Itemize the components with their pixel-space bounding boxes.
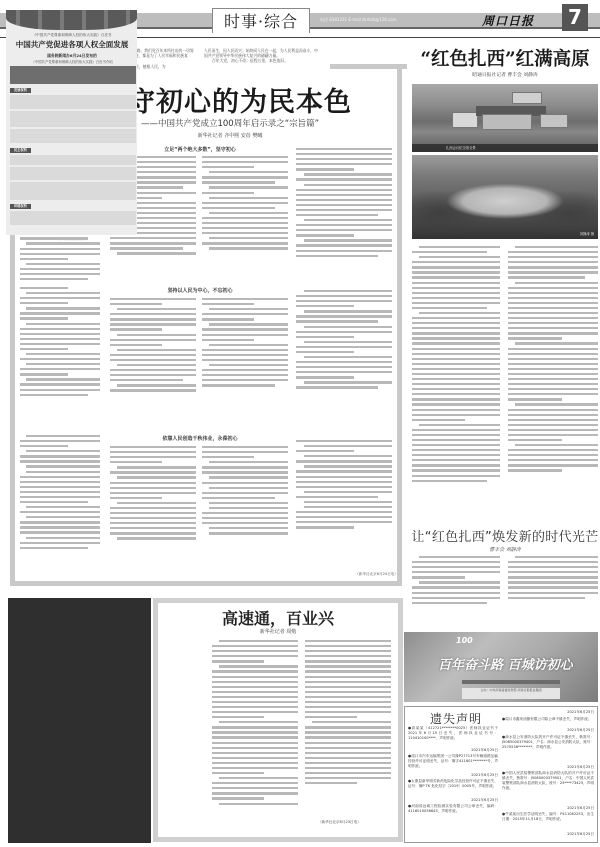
article-body-column bbox=[212, 640, 298, 808]
article-body-column bbox=[305, 640, 391, 787]
notice-item: ●中国人民武装警察部队商水县消防大队的开户许可证不慎丢失，核准号：J508500… bbox=[502, 771, 594, 791]
subhead-3: 依靠人民创造千秋伟业，永葆初心 bbox=[110, 435, 290, 442]
human-rights-infographic[interactable] bbox=[8, 598, 151, 843]
infographic-box bbox=[10, 95, 136, 109]
infographic-box bbox=[10, 111, 136, 127]
centenary-logo: 100 bbox=[456, 636, 473, 645]
article-body-column bbox=[296, 290, 392, 392]
newspaper-logo: 周口日报 bbox=[482, 12, 534, 29]
subhead-1: 立足“两个绝大多数”，坚守初心 bbox=[110, 146, 290, 153]
infographic-box bbox=[10, 155, 136, 165]
notice-item: ●周口市鑫荣油脂有限公司原公章不慎丢失，声明作废。 bbox=[502, 717, 594, 722]
notice-date: 2021年6月25日 bbox=[502, 728, 594, 733]
notice-item: ●周口市汽车运输集团一公司豫P27713号车辆道路运输经营许可证明丢失，证号：豫… bbox=[408, 754, 498, 769]
infographic-box bbox=[10, 167, 136, 180]
lead-quote-text: 百年大党，初心不改；征程万里，本色依旧。 bbox=[204, 58, 320, 63]
article-body-column bbox=[412, 556, 500, 607]
infographic-box bbox=[10, 182, 136, 200]
infographic-subtitle: 《中国共产党尊重和保障人权的伟大实践》白皮书介绍 bbox=[8, 59, 136, 64]
lost-notices-title: 遗失声明 bbox=[416, 710, 496, 727]
notice-date: 2021年6月25日 bbox=[502, 806, 594, 811]
frame-corner bbox=[330, 64, 407, 69]
photo-caption: 扎西会议纪念馆全景 bbox=[412, 144, 598, 152]
article-body-column bbox=[110, 298, 196, 394]
page-number: 7 bbox=[562, 4, 588, 31]
banner-info: 主办：中共河南省委宣传部 河南日报报业集团 bbox=[462, 688, 560, 699]
notice-item: ●商水县公安消防大队的开户许可证不慎丢失，核准号：J5085000379401，… bbox=[502, 735, 594, 750]
infographic-tag: 环境权利 bbox=[10, 204, 31, 209]
article-body-column bbox=[20, 287, 100, 399]
infographic-footer: 新华社发 王鹏 编制 bbox=[6, 235, 137, 243]
subhead-2: 坚持以人民为中心，不忘初心 bbox=[110, 287, 290, 294]
notice-date: 2021年6月25日 bbox=[502, 832, 594, 837]
infographic-box bbox=[10, 211, 136, 225]
highway-headline[interactable]: 高速通，百业兴 bbox=[158, 606, 398, 629]
notice-date: 2021年6月25日 bbox=[408, 773, 498, 778]
article-body-column bbox=[508, 246, 598, 475]
commentary-byline: 曹丰会 刘静涛 bbox=[410, 546, 600, 553]
article-body-column bbox=[202, 446, 288, 537]
article-body-column bbox=[296, 148, 392, 260]
notice-item: ●太康县新华明芳新药危险化学品经营许可证不慎丢失，证号：豫P TK 危化经字〔2… bbox=[408, 779, 498, 789]
infographic-tag: 发展权利 bbox=[10, 88, 31, 93]
infographic-box bbox=[10, 129, 136, 143]
notice-item: ●高某某（412721********0025）医师执业证书于2021年6月15… bbox=[408, 726, 498, 741]
notice-item: ●牛某某出生医学证明丢失，编号：P411062253，出生日期：2015年11月… bbox=[502, 812, 594, 822]
infographic-tag: 民主权利 bbox=[10, 148, 31, 153]
zhaxi-town-aerial-photo[interactable]: 刘静涛 摄 bbox=[412, 155, 598, 239]
commentary-headline[interactable]: 让“红色扎西”焕发新的时代光芒 bbox=[410, 526, 600, 545]
notice-date: 2021年6月25日 bbox=[502, 765, 594, 770]
article-body-column bbox=[508, 556, 598, 602]
article-body-column bbox=[412, 246, 500, 485]
banner-strip bbox=[462, 680, 560, 684]
notice-date: 2021年6月25日 bbox=[408, 748, 498, 753]
notice-item: ●河南省远诚工程检测实验有限公司公章丢失，编码：4116010036643，声明… bbox=[408, 804, 498, 814]
article-body-column bbox=[202, 156, 288, 252]
main-byline: 新华社记者 齐中熙 安蓓 樊曦 bbox=[120, 132, 340, 139]
infographic-kicker: 《中国共产党尊重和保障人权的伟大实践》白皮书 bbox=[8, 33, 136, 38]
right-headline[interactable]: “红色扎西”红满高原 bbox=[412, 45, 598, 71]
photo-credit: 刘静涛 摄 bbox=[580, 231, 594, 236]
infographic-title: 中国共产党促进各项人权全面发展 bbox=[8, 39, 136, 50]
article-body-column bbox=[110, 446, 196, 542]
article-body-column bbox=[296, 440, 392, 531]
lead-quote-text: 人民而生，因人民而兴；始终同人民在一起，为人民利益而奋斗，中国共产党领导中华民族… bbox=[204, 48, 320, 58]
contact-info: 电话 8391231 E-mail zkrbzk@126.com bbox=[320, 17, 440, 23]
article-body-column bbox=[202, 298, 288, 389]
curtain-decoration bbox=[6, 10, 137, 30]
main-deck: ——中国共产党成立100周年启示录之“宗旨篇” bbox=[100, 117, 360, 129]
banner-slogan: 百年奋斗路 百城访初心 bbox=[438, 654, 573, 673]
article-body-column bbox=[20, 435, 100, 552]
article-dateline: （新华社北京6月24日电） bbox=[318, 572, 398, 577]
right-byline: 昭通日报社记者 曹丰会 刘静涛 bbox=[412, 71, 598, 78]
section-title: 时事·综合 bbox=[212, 8, 310, 33]
highway-byline: 新华社记者 周勉 bbox=[158, 628, 398, 635]
infographic-intro-box bbox=[10, 66, 136, 84]
notice-date: 2021年6月25日 bbox=[502, 710, 594, 715]
highway-dateline: （新华社北京6月23日电） bbox=[318, 820, 361, 825]
zhaxi-memorial-photo[interactable]: 扎西会议纪念馆全景 bbox=[412, 84, 598, 152]
centenary-banner-ad[interactable]: 100 百年奋斗路 百城访初心 主办：中共河南省委宣传部 河南日报报业集团 bbox=[404, 632, 598, 702]
notice-date: 2021年6月25日 bbox=[408, 798, 498, 803]
